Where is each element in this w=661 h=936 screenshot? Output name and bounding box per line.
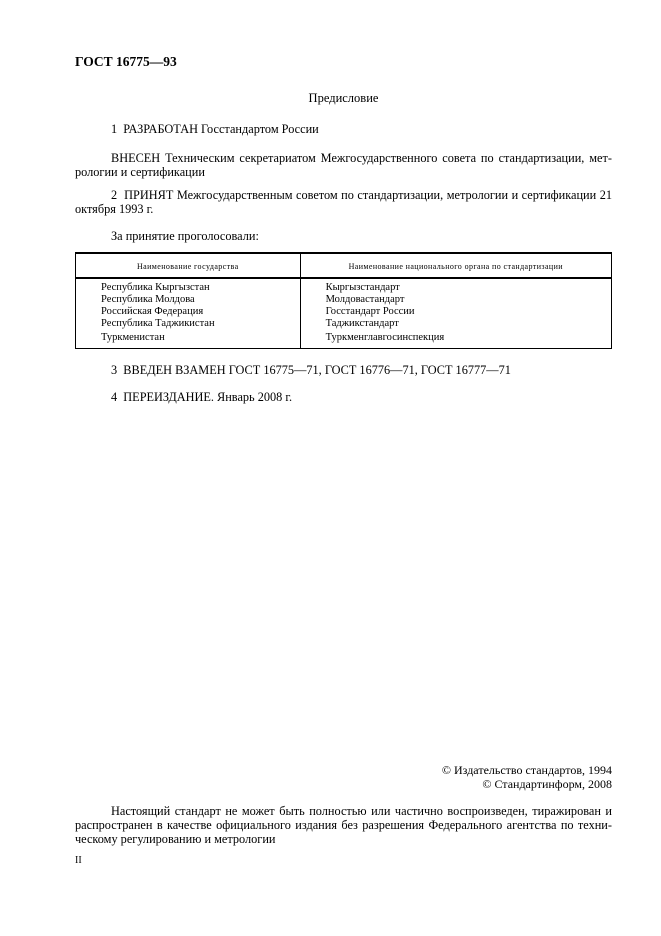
body-cell: Таджикстандарт [301, 318, 611, 330]
state-cell: Российская Федерация [76, 306, 301, 318]
table-row: Республика Таджикистан Таджикстандарт [76, 318, 611, 330]
state-cell: Республика Молдова [76, 294, 301, 306]
table-row: Российская Федерация Госстандарт России [76, 306, 611, 318]
table-row: Республика Молдова Молдовастандарт [76, 294, 611, 306]
document-page: ГОСТ 16775—93 Предисловие 1 РАЗРАБОТАН Г… [0, 0, 661, 936]
copyright-line-2: © Стандартинформ, 2008 [75, 777, 612, 791]
preface-item-2: 2 ПРИНЯТ Межгосударственным советом по с… [75, 188, 612, 216]
legal-notice: Настоящий стандарт не может быть полност… [75, 804, 612, 846]
table-row: Республика Кыргызстан Кыргызстандарт [76, 279, 611, 294]
vote-table-header-body: Наименование национального органа по ста… [301, 254, 611, 277]
doc-code: ГОСТ 16775—93 [75, 54, 612, 69]
copyright-block: © Издательство стандартов, 1994 © Станда… [75, 763, 612, 791]
vote-table-header-state: Наименование государства [76, 254, 301, 277]
body-cell: Туркменглавгосинспекция [301, 330, 611, 348]
table-row: Туркменистан Туркменглавгосинспекция [76, 330, 611, 348]
vote-table: Наименование государства Наименование на… [75, 252, 612, 349]
copyright-line-1: © Издательство стандартов, 1994 [75, 763, 612, 777]
vote-table-header-row: Наименование государства Наименование на… [76, 254, 611, 279]
preface-item-4: 4 ПЕРЕИЗДАНИЕ. Январь 2008 г. [75, 390, 612, 404]
body-cell: Госстандарт России [301, 306, 611, 318]
preface-item-vnesen: ВНЕСЕН Техническим секретариатом Межгосу… [75, 151, 612, 179]
body-cell: Кыргызстандарт [301, 279, 611, 294]
preface-item-1: 1 РАЗРАБОТАН Госстандартом России [75, 122, 612, 136]
page-title: Предисловие [75, 91, 612, 106]
preface-item-3: 3 ВВЕДЕН ВЗАМЕН ГОСТ 16775—71, ГОСТ 1677… [75, 363, 612, 377]
vote-intro: За принятие проголосовали: [75, 229, 612, 243]
state-cell: Туркменистан [76, 330, 301, 348]
body-cell: Молдовастандарт [301, 294, 611, 306]
state-cell: Республика Таджикистан [76, 318, 301, 330]
state-cell: Республика Кыргызстан [76, 279, 301, 294]
page-number: II [75, 855, 612, 866]
